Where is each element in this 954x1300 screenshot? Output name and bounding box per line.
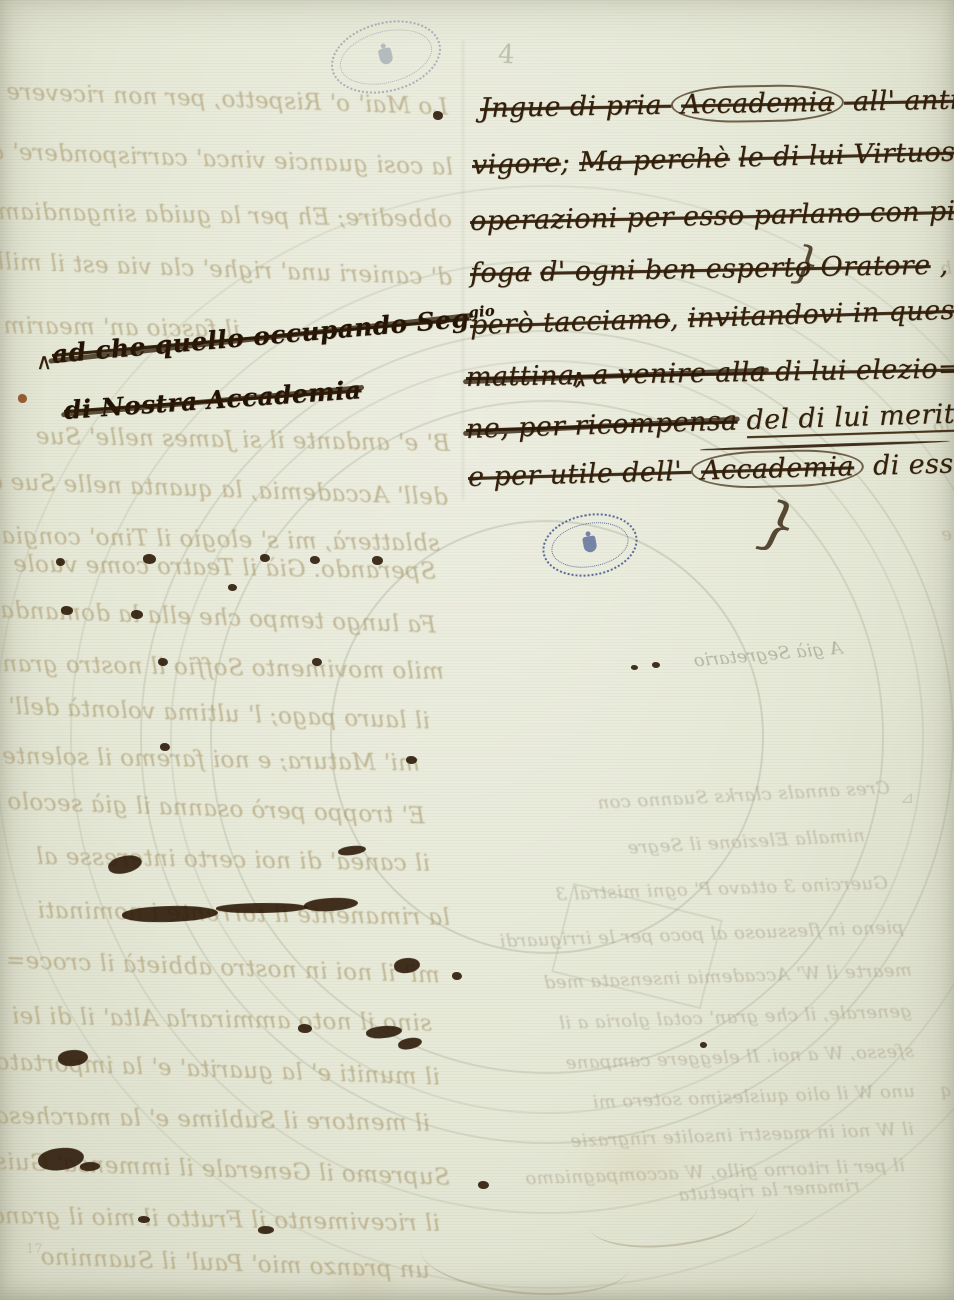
handwritten-line: vigore; Ma perchè le di lui Virtuose [472,139,945,181]
ink-blot [312,658,322,666]
ink-blot [56,558,65,566]
handwritten-line: operazioni per esso parlano con più [470,198,942,236]
ink-text-segment: e per utile dell' [468,456,692,493]
bleedthrough-line: obbedire; Eh per la guida singandiamo [2,200,452,232]
page-number: 4 [497,40,515,71]
bleedthrough-line: e [934,526,952,545]
ink-text-segment: , [669,303,688,335]
ink-text-segment: la cosi guancie vinca' carrispondere' al [0,138,453,180]
insertion-caret: ∧ [570,364,588,392]
handwritten-line: Jngue di pria Accademia all' antico [480,87,948,124]
ink-text-segment: obbedire; Eh per la guida singandiamo [0,199,452,233]
ink-text-segment: ; [560,147,579,179]
ink-blot [160,743,170,751]
ink-text-segment: q [940,1080,952,1101]
bleedthrough-line: B' e' andante il si James nelle' Sue [0,424,450,456]
ink-text-segment: però tacciamo [469,304,670,341]
ink-text-segment: gio [468,302,496,321]
bleedthrough-line: il mentore il Sublime e' la marchesa il [0,1104,430,1136]
ink-blot [452,972,462,980]
bleedthrough-line: la cosi guancie vinca' carrispondere' al [8,140,454,180]
ink-blot [478,1181,489,1189]
ink-blot [228,584,237,591]
ink-blot [406,756,417,764]
bleedthrough-line: il ricevimento il Frutto il mio il grand… [0,1204,440,1236]
ink-blot [143,554,156,564]
manuscript-page: Lo Mai' o' Rispetto, per non riceverela … [0,0,954,1300]
ink-text-segment: d' ogni ben esperto Oratore [540,250,931,288]
ink-text-segment: , [930,250,949,281]
ink-text-segment: Jngue di pria [480,90,672,124]
ink-blot [260,554,270,562]
corner-pencil-mark: ⊿ [900,788,914,808]
ink-text-segment: foga [470,257,532,289]
insertion-caret: ∧ [36,350,53,375]
ink-blot [310,556,320,564]
paper-stain [320,1255,410,1300]
ink-blot [652,662,660,668]
bottom-left-pencil-mark: 17 [26,1242,43,1257]
ink-text-segment: Accademia [671,84,845,124]
ink-blot [18,394,27,403]
ink-text-segment: e [941,524,952,545]
ink-text-segment: mattina, a venire alla [466,357,767,393]
ink-blot [700,1042,707,1048]
ink-text-segment: le di lui Virtuose [738,136,954,173]
paper-stain [560,1120,710,1215]
bleedthrough-line: q [930,1082,952,1101]
ink-blot [631,665,638,670]
ink-blot [131,610,143,619]
ink-blot [298,1024,312,1033]
ink-text-segment: di essa [864,448,954,482]
ink-blot [138,1216,150,1223]
ink-text-segment: Ma perchè [579,143,730,178]
ink-text-segment: di lui elezio= [766,353,954,387]
ink-text-segment: del di lui merito [746,398,954,436]
ink-blot [158,658,168,666]
ink-blot [372,556,383,565]
ink-text-segment: vigore [472,148,562,181]
ink-text-segment: all' antico [844,84,954,118]
ink-blot [61,606,73,615]
paper-crease [462,40,464,500]
ink-blot [433,111,443,120]
